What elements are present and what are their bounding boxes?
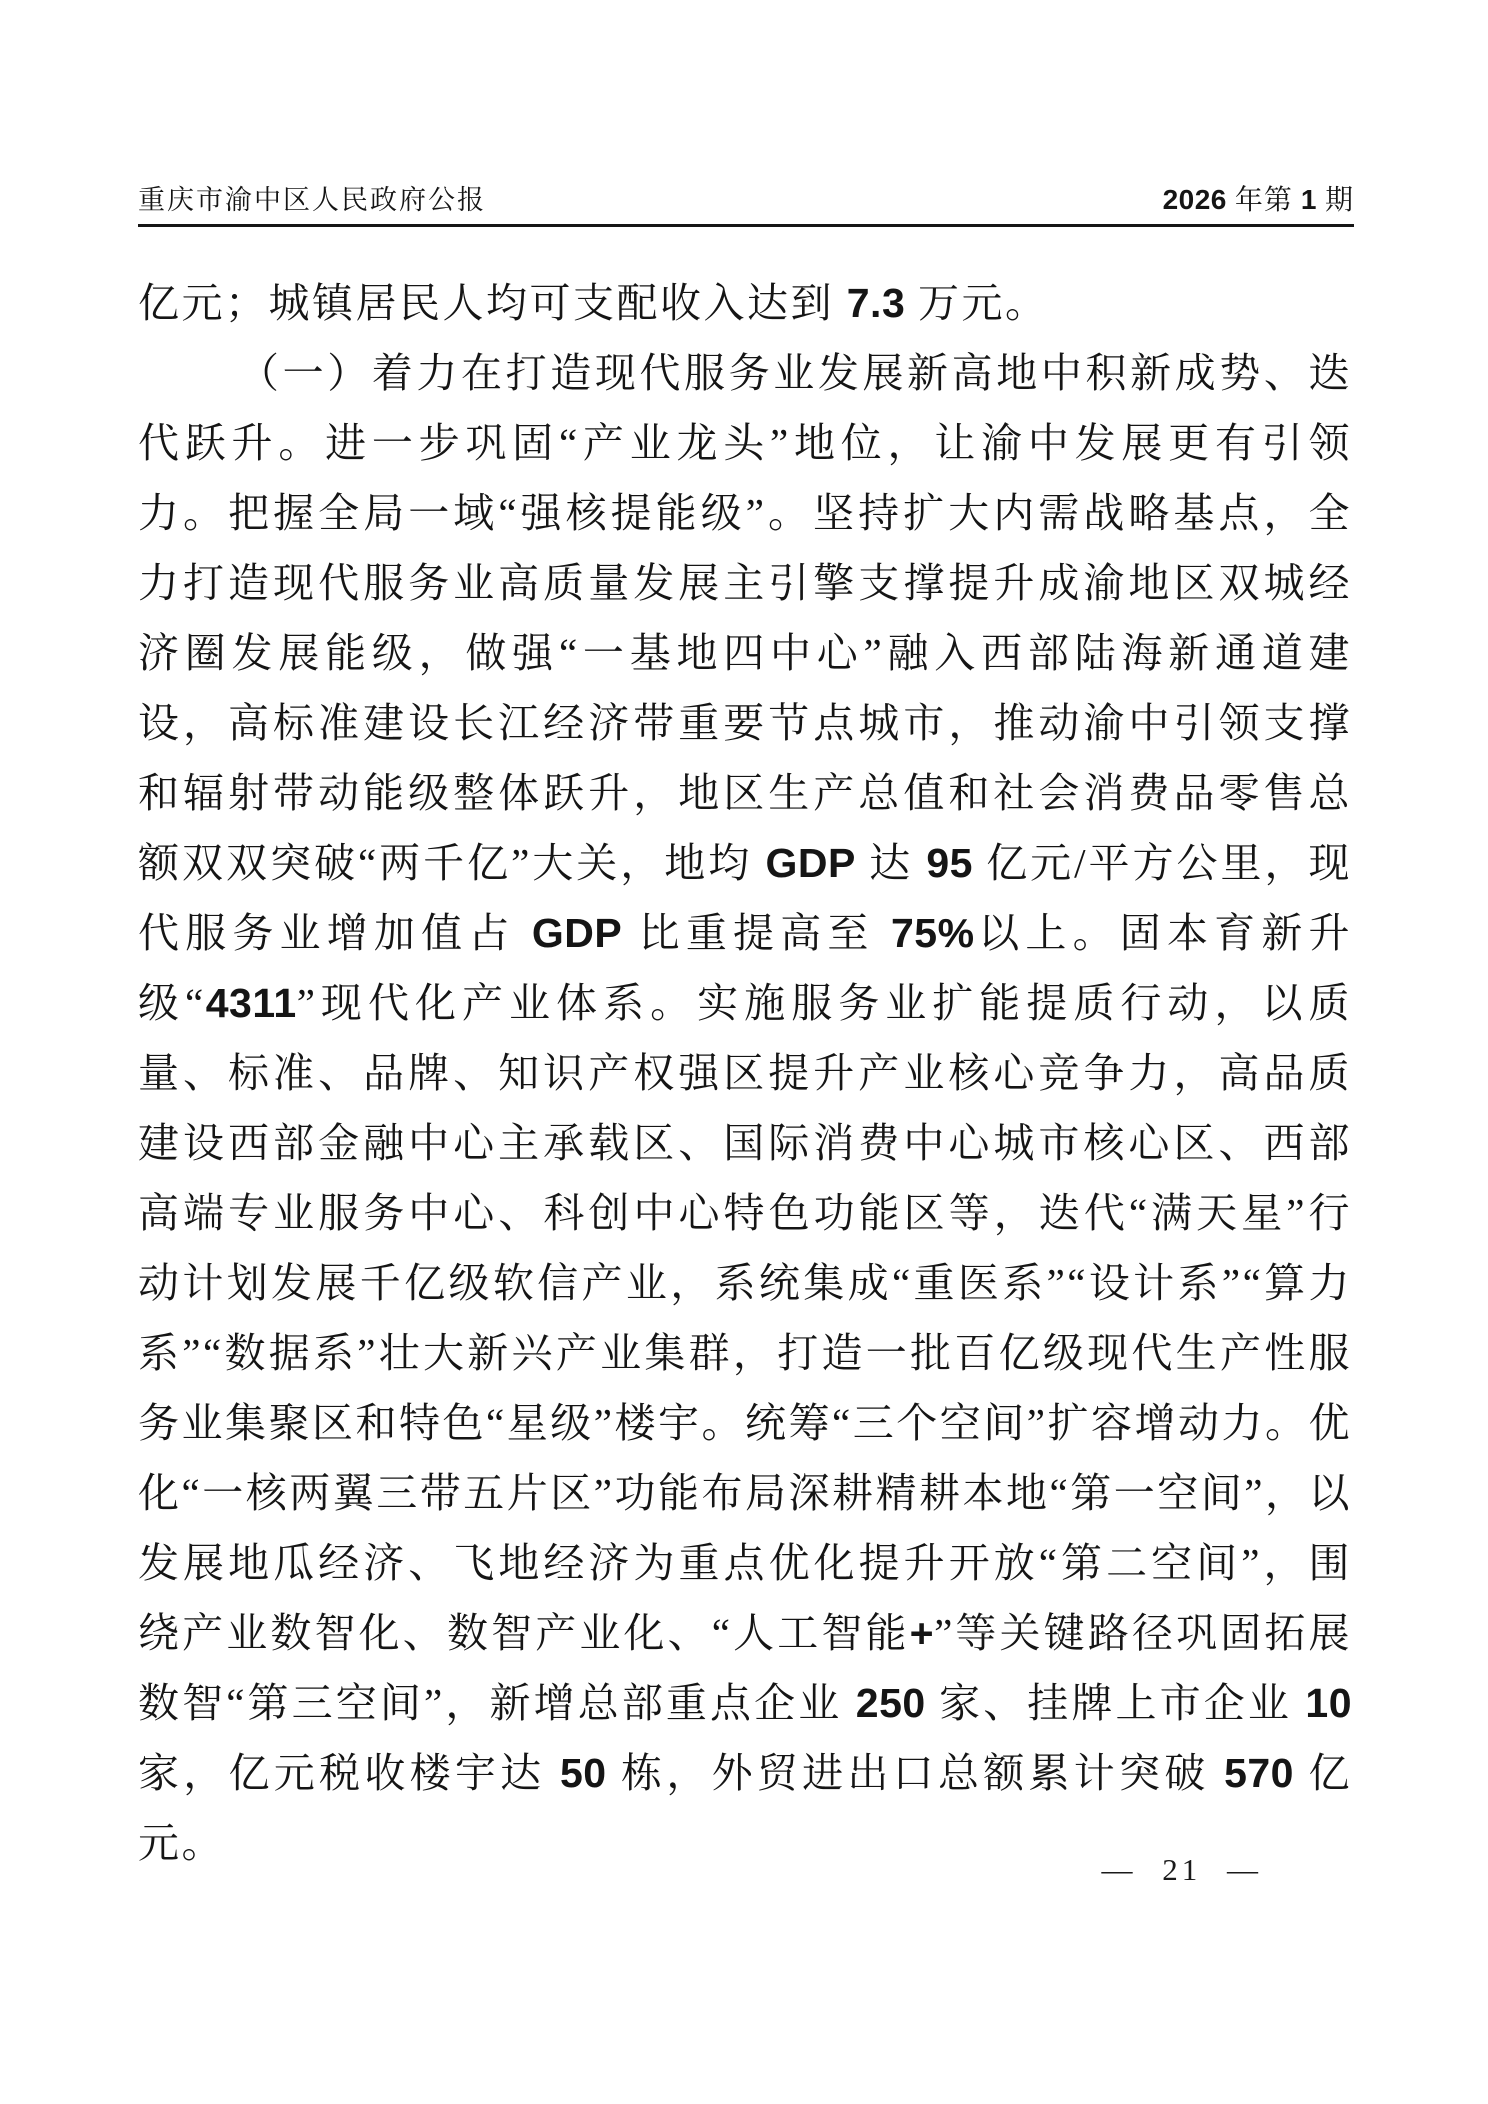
issue-number: 2026 年第 1 期 — [1163, 178, 1354, 218]
numeric-text: 95 — [926, 840, 973, 886]
numeric-text: GDP — [532, 910, 622, 956]
cjk-text: 达 — [856, 840, 926, 886]
numeric-text: 2026 — [1163, 184, 1227, 215]
cjk-text: 年第 — [1227, 185, 1301, 216]
numeric-text: 250 — [856, 1680, 926, 1726]
numeric-text: GDP — [766, 840, 856, 886]
numeric-text: 4311 — [206, 980, 297, 1026]
gazette-page: 重庆市渝中区人民政府公报 2026 年第 1 期 亿元；城镇居民人均可支配收入达… — [0, 0, 1488, 2104]
numeric-text: 10 — [1305, 1680, 1352, 1726]
cjk-text: 家，亿元税收楼宇达 — [138, 1750, 560, 1796]
cjk-text: （一）着力在打造现代服务业发展新高地中积新成势、迭代跃升。进一步巩固“产业龙头”… — [138, 350, 1352, 886]
page-number: — 21 — — [1102, 1852, 1263, 1888]
document-body: 亿元；城镇居民人均可支配收入达到 7.3 万元。 （一）着力在打造现代服务业发展… — [138, 268, 1352, 1878]
page-header: 重庆市渝中区人民政府公报 2026 年第 1 期 — [138, 178, 1354, 218]
cjk-text: 栋，外贸进出口总额累计突破 — [607, 1750, 1225, 1796]
numeric-text: 1 — [1301, 184, 1317, 215]
numeric-text: 50 — [560, 1750, 607, 1796]
paragraph-section-one: （一）着力在打造现代服务业发展新高地中积新成势、迭代跃升。进一步巩固“产业龙头”… — [138, 338, 1352, 1878]
cjk-text: 期 — [1317, 185, 1354, 216]
numeric-text: 75% — [891, 910, 975, 956]
numeric-text: 570 — [1224, 1750, 1294, 1796]
header-rule — [138, 224, 1354, 227]
cjk-text: 比重提高至 — [622, 910, 891, 956]
cjk-text: 万元。 — [905, 280, 1048, 326]
paragraph-continued: 亿元；城镇居民人均可支配收入达到 7.3 万元。 — [138, 268, 1352, 338]
cjk-text: 亿元；城镇居民人均可支配收入达到 — [138, 280, 847, 326]
cjk-text: 家、挂牌上市企业 — [926, 1680, 1306, 1726]
publication-title: 重庆市渝中区人民政府公报 — [138, 178, 486, 217]
numeric-text: + — [910, 1610, 934, 1656]
cjk-text: ”现代化产业体系。实施服务业扩能提质行动，以质量、标准、品牌、知识产权强区提升产… — [138, 980, 1352, 1656]
numeric-text: 7.3 — [847, 280, 906, 326]
